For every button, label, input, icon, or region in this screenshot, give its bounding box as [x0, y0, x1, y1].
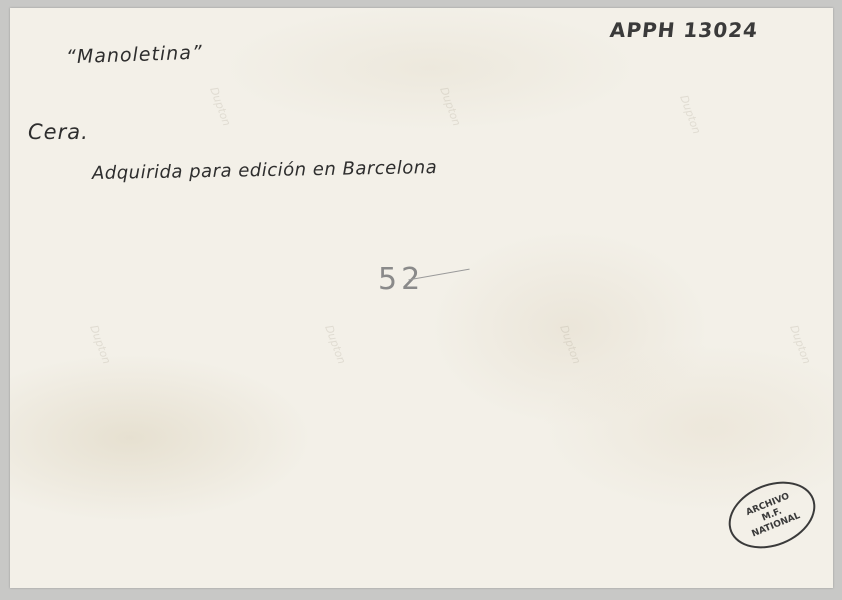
material-note: Cera. [28, 120, 89, 144]
reference-number: APPH 13024 [609, 18, 760, 42]
watermark: Dupton [557, 323, 583, 365]
pencil-number: 52 [378, 262, 424, 297]
watermark: Dupton [677, 93, 703, 135]
watermark: Dupton [787, 323, 813, 365]
watermark: Dupton [87, 323, 113, 365]
photo-back-paper: Dupton Dupton Dupton Dupton Dupton Dupto… [10, 8, 833, 588]
watermark: Dupton [437, 85, 463, 127]
watermark: Dupton [207, 85, 233, 127]
watermark: Dupton [322, 323, 348, 365]
